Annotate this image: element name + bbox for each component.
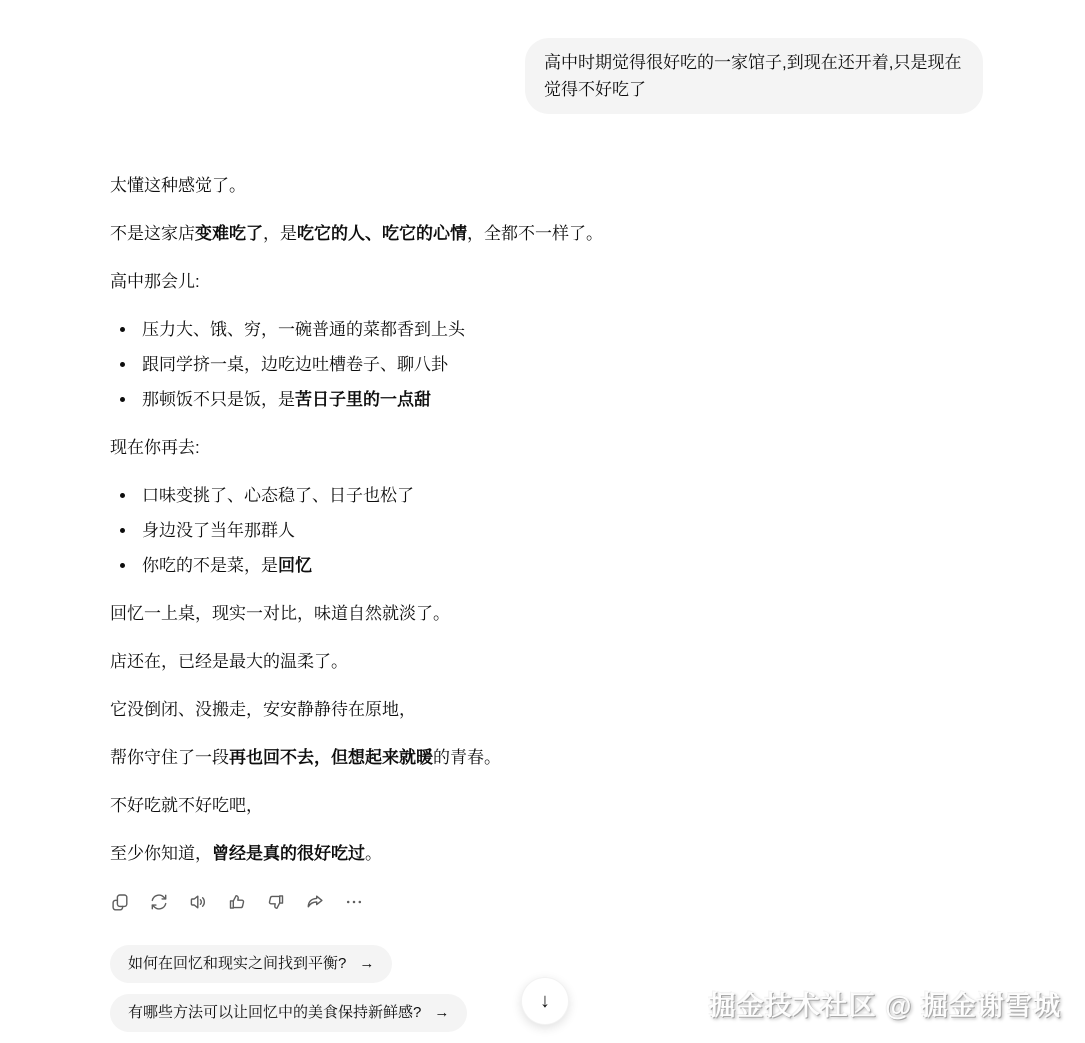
- assistant-paragraph: 至少你知道，曾经是真的很好吃过。: [110, 840, 983, 868]
- assistant-paragraph: 帮你守住了一段再也回不去，但想起来就暖的青春。: [110, 744, 983, 772]
- bold-text: 曾经是真的很好吃过: [212, 844, 365, 863]
- suggestion-label: 有哪些方法可以让回忆中的美食保持新鲜感?: [128, 1003, 421, 1023]
- text: 太懂这种感觉了。: [110, 176, 246, 195]
- text: 那顿饭不只是饭，是: [142, 390, 295, 409]
- text: 跟同学挤一桌，边吃边吐槽卷子、聊八卦: [142, 355, 448, 374]
- assistant-paragraph: 太懂这种感觉了。: [110, 172, 983, 200]
- bullet-item: 你吃的不是菜，是回忆: [137, 552, 983, 580]
- more-options-button[interactable]: [340, 888, 368, 916]
- text: 不是这家店: [110, 224, 195, 243]
- text: 店还在，已经是最大的温柔了。: [110, 652, 348, 671]
- bullet-item: 压力大、饿、穷，一碗普通的菜都香到上头: [137, 316, 983, 344]
- chat-thread: 高中时期觉得很好吃的一家馆子,到现在还开着,只是现在觉得不好吃了 太懂这种感觉了…: [110, 0, 983, 1032]
- suggestion-chip[interactable]: 如何在回忆和现实之间找到平衡?→: [110, 945, 392, 983]
- bold-text: 再也回不去，但想起来就暖: [229, 748, 433, 767]
- text: ，是: [263, 224, 297, 243]
- assistant-paragraph: 店还在，已经是最大的温柔了。: [110, 648, 983, 676]
- copy-button[interactable]: [106, 888, 134, 916]
- regenerate-icon: [149, 892, 169, 912]
- text: 不好吃就不好吃吧，: [110, 796, 263, 815]
- thumbs-up-icon: [227, 892, 247, 912]
- watermark: 掘金技术社区 @ 掘金谢雪城: [709, 984, 1061, 1023]
- thumbs-down-icon: [266, 892, 286, 912]
- bullet-item: 口味变挑了、心态稳了、日子也松了: [137, 482, 983, 510]
- assistant-bullet-list: 口味变挑了、心态稳了、日子也松了身边没了当年那群人你吃的不是菜，是回忆: [110, 482, 983, 580]
- share-icon: [305, 892, 325, 912]
- bullet-item: 身边没了当年那群人: [137, 517, 983, 545]
- regenerate-button[interactable]: [145, 888, 173, 916]
- suggestion-chip[interactable]: 有哪些方法可以让回忆中的美食保持新鲜感?→: [110, 994, 467, 1032]
- bold-text: 回忆: [278, 556, 312, 575]
- suggestion-label: 如何在回忆和现实之间找到平衡?: [128, 954, 346, 974]
- text: 身边没了当年那群人: [142, 521, 295, 540]
- assistant-paragraph: 不是这家店变难吃了，是吃它的人、吃它的心情，全都不一样了。: [110, 220, 983, 248]
- assistant-paragraph: 现在你再去:: [110, 434, 983, 462]
- text: 压力大、饿、穷，一碗普通的菜都香到上头: [142, 320, 465, 339]
- thumbs-up-button[interactable]: [223, 888, 251, 916]
- assistant-paragraph: 不好吃就不好吃吧，: [110, 792, 983, 820]
- arrow-right-icon: →: [359, 954, 374, 974]
- assistant-paragraph: 它没倒闭、没搬走，安安静静待在原地，: [110, 696, 983, 724]
- bullet-item: 那顿饭不只是饭，是苦日子里的一点甜: [137, 386, 983, 414]
- text: 口味变挑了、心态稳了、日子也松了: [142, 486, 414, 505]
- text: 高中那会儿:: [110, 272, 200, 291]
- scroll-to-bottom-button[interactable]: ↓: [521, 977, 569, 1025]
- assistant-bullet-list: 压力大、饿、穷，一碗普通的菜都香到上头跟同学挤一桌，边吃边吐槽卷子、聊八卦那顿饭…: [110, 316, 983, 414]
- thumbs-down-button[interactable]: [262, 888, 290, 916]
- more-options-icon: [344, 892, 364, 912]
- text: 至少你知道，: [110, 844, 212, 863]
- message-actions-toolbar: [106, 888, 983, 916]
- assistant-message: 太懂这种感觉了。不是这家店变难吃了，是吃它的人、吃它的心情，全都不一样了。高中那…: [110, 172, 983, 868]
- text: 回忆一上桌，现实一对比，味道自然就淡了。: [110, 604, 450, 623]
- text: 它没倒闭、没搬走，安安静静待在原地，: [110, 700, 416, 719]
- user-message-row: 高中时期觉得很好吃的一家馆子,到现在还开着,只是现在觉得不好吃了: [110, 0, 983, 114]
- read-aloud-icon: [188, 892, 208, 912]
- read-aloud-button[interactable]: [184, 888, 212, 916]
- chat-page: 高中时期觉得很好吃的一家馆子,到现在还开着,只是现在觉得不好吃了 太懂这种感觉了…: [0, 0, 1085, 1043]
- text: 帮你守住了一段: [110, 748, 229, 767]
- text: 的青春。: [433, 748, 501, 767]
- bold-text: 苦日子里的一点甜: [295, 390, 431, 409]
- share-button[interactable]: [301, 888, 329, 916]
- bold-text: 变难吃了: [195, 224, 263, 243]
- bold-text: 吃它的人、吃它的心情: [297, 224, 467, 243]
- user-message-bubble: 高中时期觉得很好吃的一家馆子,到现在还开着,只是现在觉得不好吃了: [525, 38, 983, 114]
- text: 现在你再去:: [110, 438, 200, 457]
- assistant-paragraph: 回忆一上桌，现实一对比，味道自然就淡了。: [110, 600, 983, 628]
- assistant-paragraph: 高中那会儿:: [110, 268, 983, 296]
- copy-icon: [110, 892, 130, 912]
- arrow-down-icon: ↓: [540, 990, 550, 1013]
- text: 。: [365, 844, 382, 863]
- text: 你吃的不是菜，是: [142, 556, 278, 575]
- arrow-right-icon: →: [434, 1003, 449, 1023]
- text: ，全都不一样了。: [467, 224, 603, 243]
- bullet-item: 跟同学挤一桌，边吃边吐槽卷子、聊八卦: [137, 351, 983, 379]
